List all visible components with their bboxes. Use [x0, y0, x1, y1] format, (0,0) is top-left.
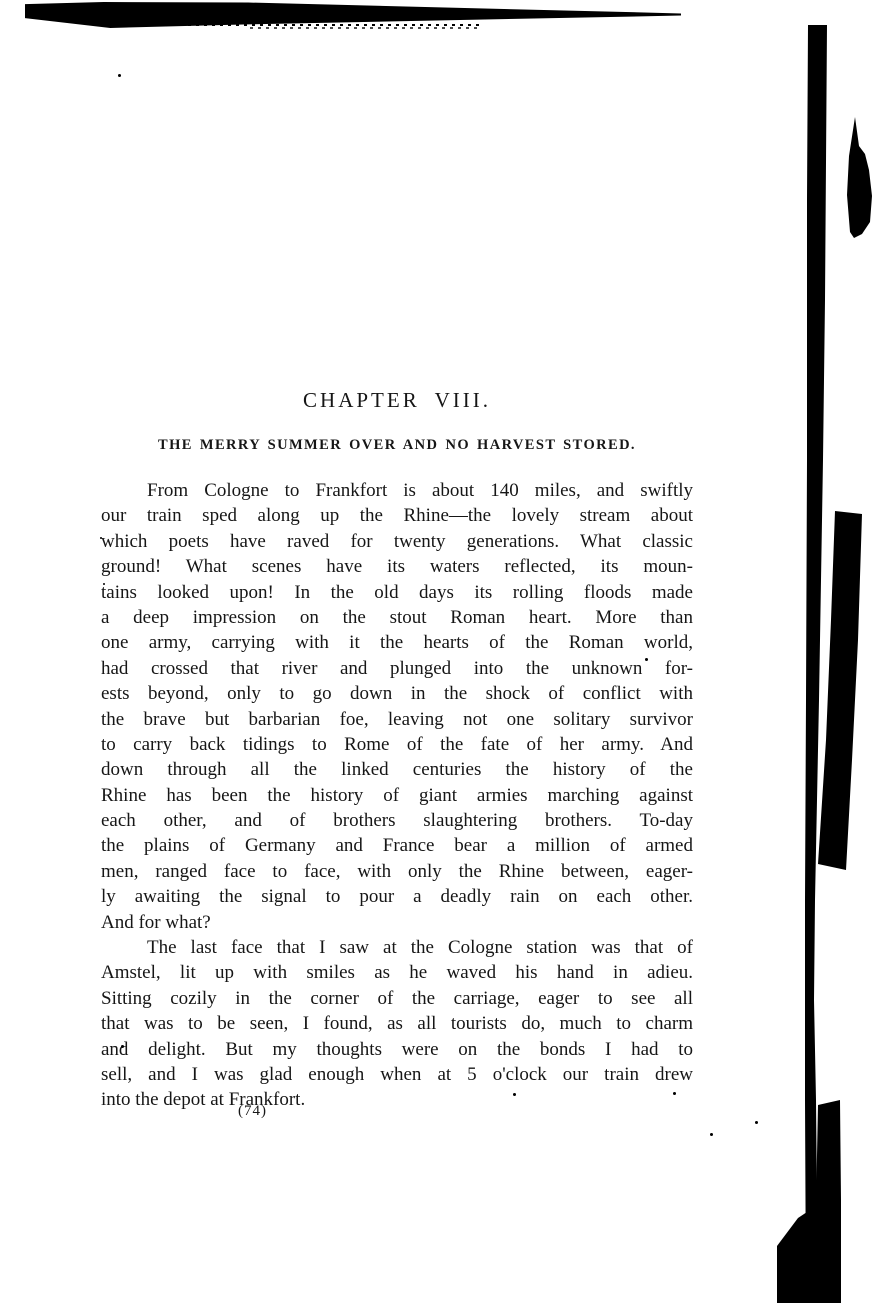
text-line: The last face that I saw at the Cologne … — [101, 935, 693, 960]
text-line: tains looked upon! In the old days its r… — [101, 580, 693, 605]
text-line: and delight. But my thoughts were on the… — [101, 1037, 693, 1062]
book-page: CHAPTER VIII. THE MERRY SUMMER OVER AND … — [0, 0, 879, 1303]
text-line: one army, carrying with it the hearts of… — [101, 630, 693, 655]
text-line: the brave but barbarian foe, leaving not… — [101, 707, 693, 732]
text-line: had crossed that river and plunged into … — [101, 656, 693, 681]
scan-speck — [100, 537, 102, 539]
text-line: a deep impression on the stout Roman hea… — [101, 605, 693, 630]
text-line: ly awaiting the signal to pour a deadly … — [101, 884, 693, 909]
page-content: CHAPTER VIII. THE MERRY SUMMER OVER AND … — [101, 387, 693, 1113]
scan-speck — [513, 1093, 516, 1096]
text-line: Sitting cozily in the corner of the carr… — [101, 986, 693, 1011]
text-line: which poets have raved for twenty genera… — [101, 529, 693, 554]
text-line: men, ranged face to face, with only the … — [101, 859, 693, 884]
text-line: Rhine has been the history of giant armi… — [101, 783, 693, 808]
scan-speck — [118, 74, 121, 77]
text-line: ests beyond, only to go down in the shoc… — [101, 681, 693, 706]
scan-speck — [645, 658, 648, 661]
scan-speck — [710, 1133, 713, 1136]
scan-speck — [755, 1121, 758, 1124]
text-line: sell, and I was glad enough when at 5 o'… — [101, 1062, 693, 1087]
text-line: into the depot at Frankfort. — [101, 1087, 693, 1112]
text-line: From Cologne to Frankfort is about 140 m… — [101, 478, 693, 503]
paragraph: The last face that I saw at the Cologne … — [101, 935, 693, 1113]
chapter-subtitle: THE MERRY SUMMER OVER AND NO HARVEST STO… — [101, 436, 693, 454]
chapter-heading: CHAPTER VIII. — [101, 387, 693, 413]
text-line: Amstel, lit up with smiles as he waved h… — [101, 960, 693, 985]
scan-marks-right-edge — [770, 0, 879, 1303]
text-line: each other, and of brothers slaughtering… — [101, 808, 693, 833]
text-line: that was to be seen, I found, as all tou… — [101, 1011, 693, 1036]
text-line: to carry back tidings to Rome of the fat… — [101, 732, 693, 757]
text-line: our train sped along up the Rhine—the lo… — [101, 503, 693, 528]
scan-speck — [103, 583, 105, 585]
scan-speckle-line — [250, 27, 480, 29]
scan-speck — [673, 1092, 676, 1095]
text-line: the plains of Germany and France bear a … — [101, 833, 693, 858]
text-line: down through all the linked centuries th… — [101, 757, 693, 782]
scan-speck — [121, 1045, 124, 1048]
text-line: And for what? — [101, 910, 693, 935]
page-number: (74) — [238, 1103, 267, 1120]
paragraph: From Cologne to Frankfort is about 140 m… — [101, 478, 693, 935]
body-text: From Cologne to Frankfort is about 140 m… — [101, 478, 693, 1113]
text-line: ground! What scenes have its waters refl… — [101, 554, 693, 579]
scan-speckle-line — [140, 24, 480, 26]
